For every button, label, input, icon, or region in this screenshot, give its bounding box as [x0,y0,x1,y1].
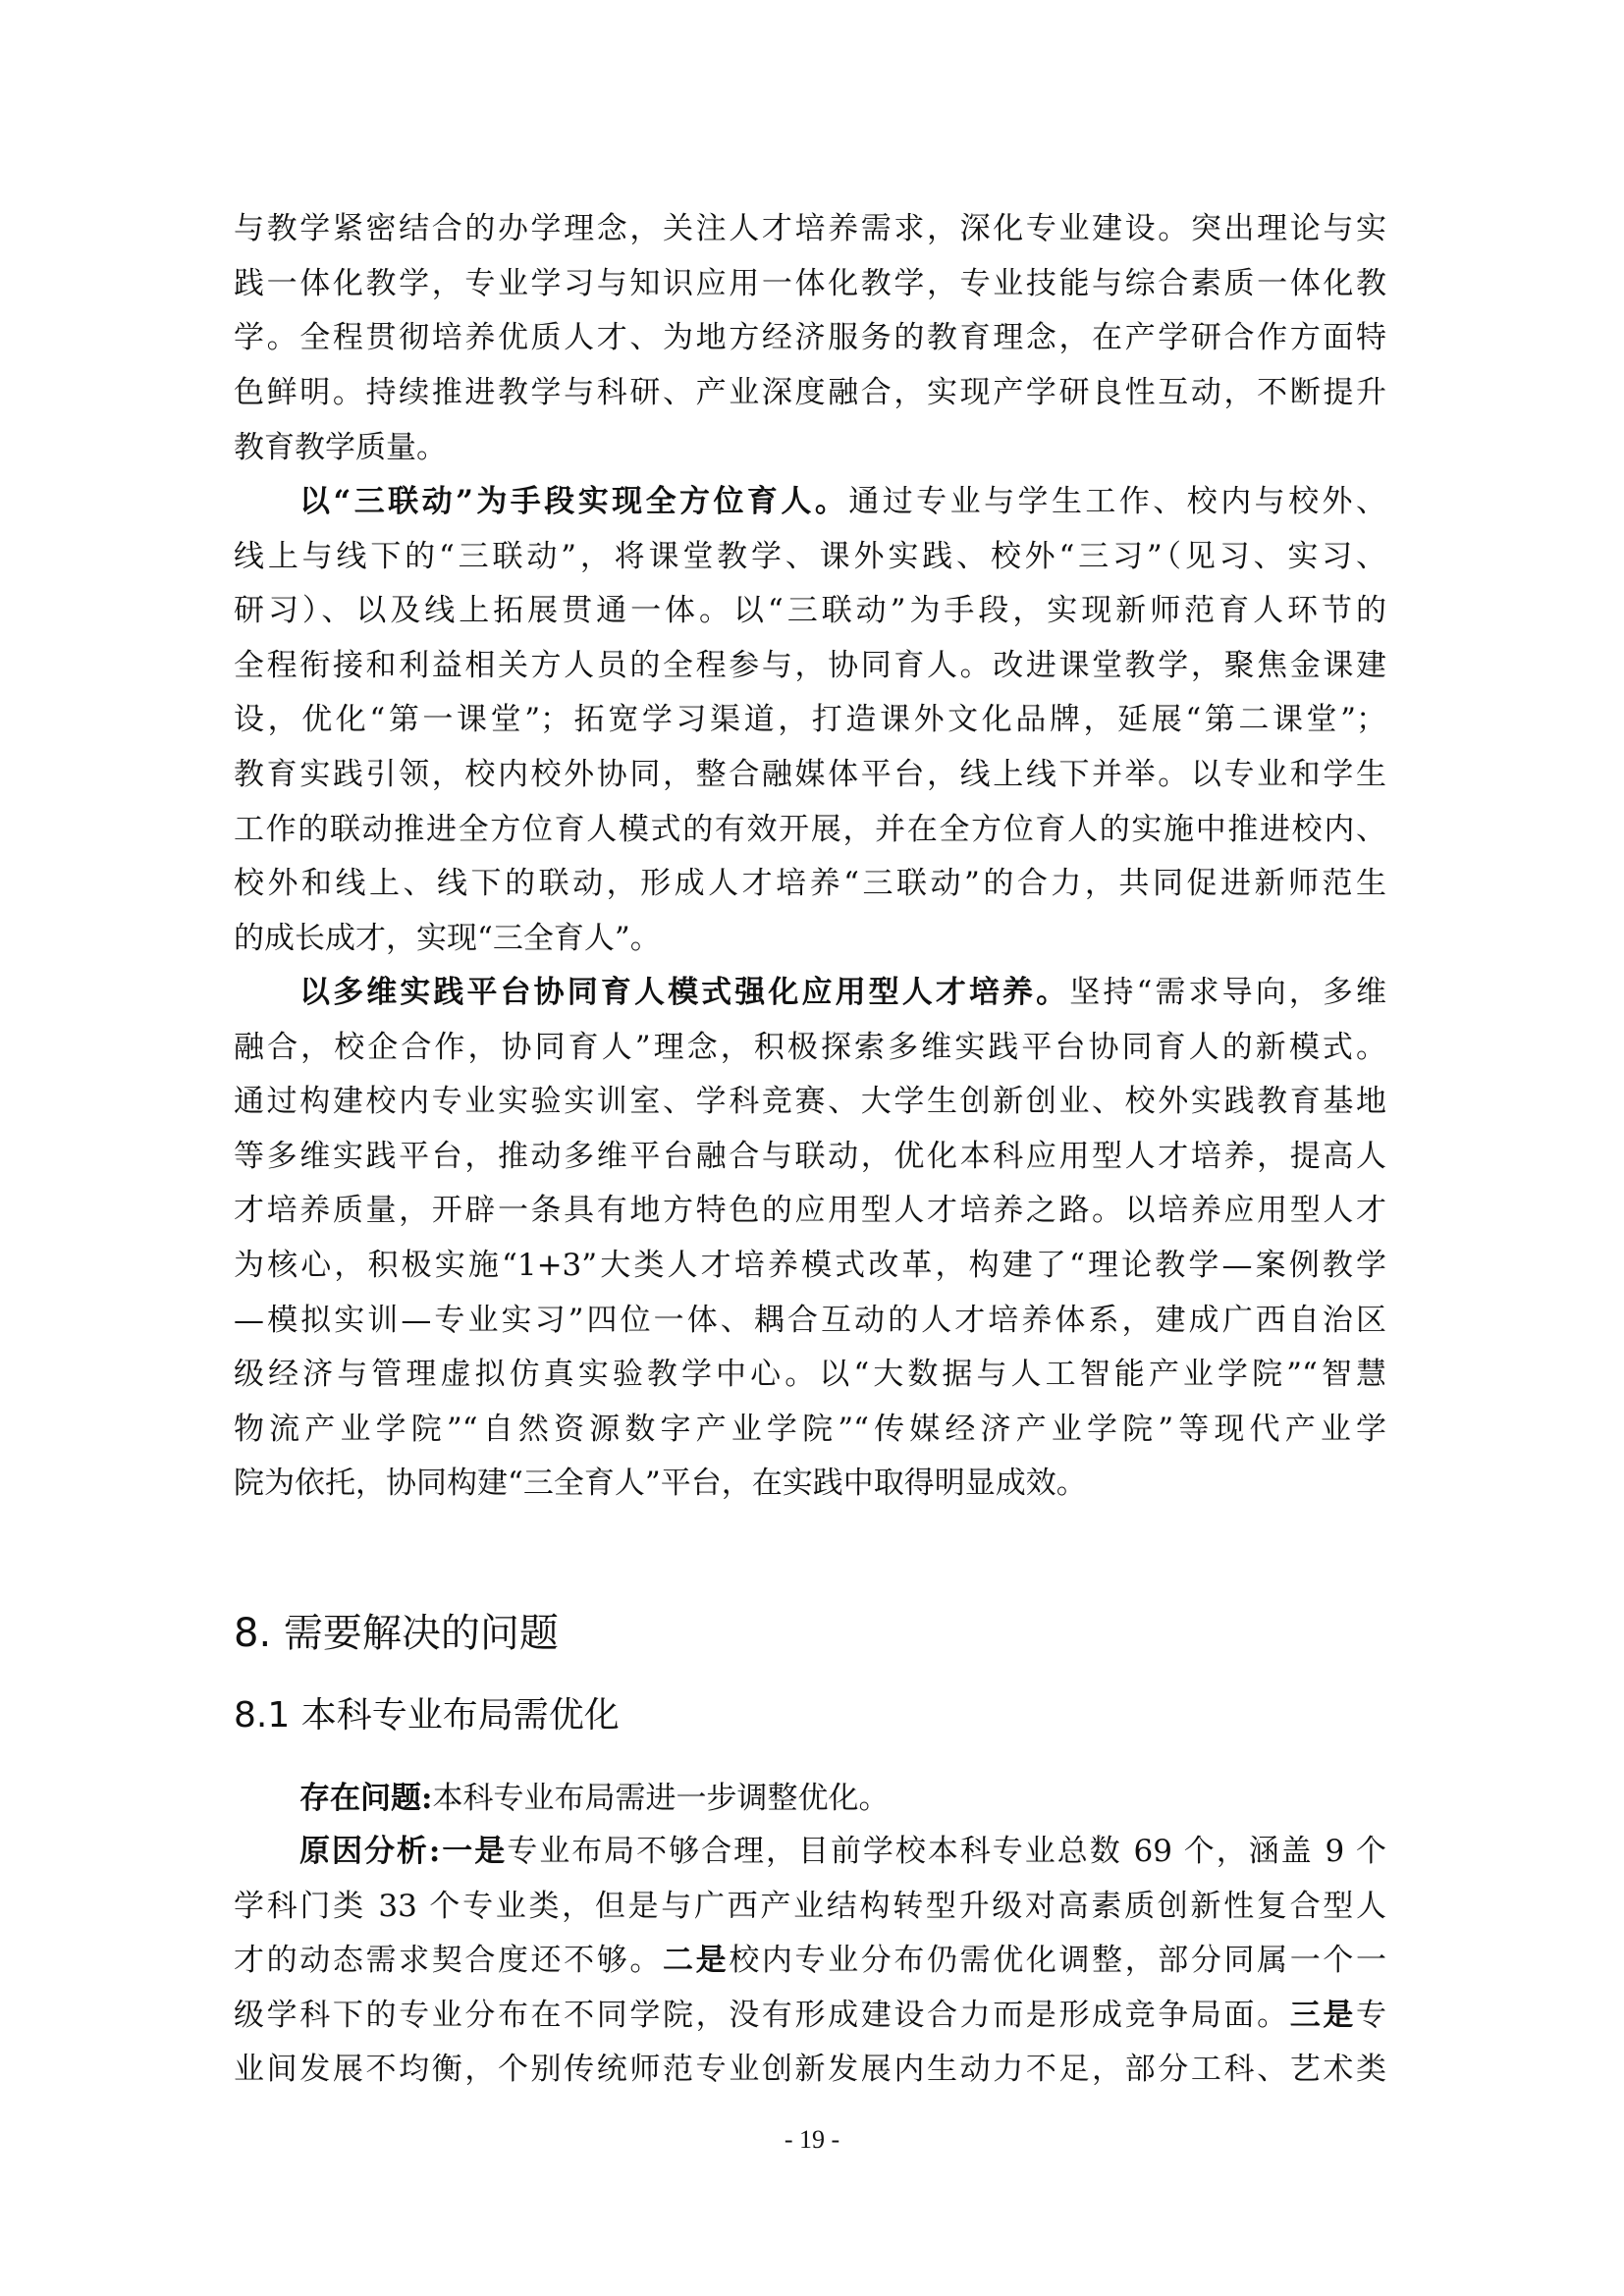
paragraph-lead-bold: 以多维实践平台协同育人模式强化应用型人才培养。 [299,975,1069,1010]
text-line: 业间发展不均衡，个别传统师范专业创新发展内生动力不足，部分工科、艺术类 [234,2050,1386,2089]
point-one-label: 一是 [440,1834,507,1869]
analysis-label: 原因分析: [299,1834,440,1869]
text-line: 践一体化教学，专业学习与知识应用一体化教学，专业技能与综合素质一体化教 [234,264,1386,303]
text-line: 院为依托，协同构建“三全育人”平台，在实践中取得明显成效。 [234,1464,1386,1503]
text-line: 学科门类 33 个专业类，但是与广西产业结构转型升级对高素质创新性复合型人 [234,1887,1386,1926]
text-line: 才的动态需求契合度还不够。二是校内专业分布仍需优化调整，部分同属一个一 [234,1941,1386,1980]
paragraph-lead-text: 通过专业与学生工作、校内与校外、 [848,484,1386,519]
text-line: 学。全程贯彻培养优质人才、为地方经济服务的教育理念，在产学研合作方面特 [234,318,1386,357]
text-line: 工作的联动推进全方位育人模式的有效开展，并在全方位育人的实施中推进校内、 [234,810,1386,849]
text-span: 才的动态需求契合度还不够。 [234,1943,663,1978]
point-two-label: 二是 [663,1943,729,1978]
document-page: 与教学紧密结合的办学理念，关注人才培养需求，深化专业建设。突出理论与实 践一体化… [0,0,1624,2296]
text-line: 全程衔接和利益相关方人员的全程参与，协同育人。改进课堂教学，聚焦金课建 [234,646,1386,685]
text-line: 通过构建校内专业实验实训室、学科竞赛、大学生创新创业、校外实践教育基地 [234,1082,1386,1121]
text-line: 以多维实践平台协同育人模式强化应用型人才培养。坚持“需求导向，多维 [299,973,1386,1012]
subsection-heading: 8.1 本科专业布局需优化 [234,1690,620,1741]
problem-label: 存在问题: [299,1781,432,1816]
text-line: 研习）、以及线上拓展贯通一体。以“三联动”为手段，实现新师范育人环节的 [234,591,1386,630]
text-line: 教育实践引领，校内校外协同，整合融媒体平台，线上线下并举。以专业和学生 [234,755,1386,794]
text-line: 物流产业学院”“自然资源数字产业学院”“传媒经济产业学院”等现代产业学 [234,1410,1386,1449]
text-line: 级学科下的专业分布在不同学院，没有形成建设合力而是形成竞争局面。三是专 [234,1996,1386,2035]
text-line: 校外和线上、线下的联动，形成人才培养“三联动”的合力，共同促进新师范生 [234,864,1386,903]
text-line: 设，优化“第一课堂”；拓宽学习渠道，打造课外文化品牌，延展“第二课堂”； [234,700,1386,739]
text-line: 级经济与管理虚拟仿真实验教学中心。以“大数据与人工智能产业学院”“智慧 [234,1355,1386,1394]
paragraph-lead-text: 坚持“需求导向，多维 [1069,975,1386,1010]
text-line: 原因分析:一是专业布局不够合理，目前学校本科专业总数 69 个，涵盖 9 个 [299,1832,1386,1871]
problem-text: 本科专业布局需进一步调整优化。 [432,1781,889,1816]
page-number: - 19 - [0,2124,1624,2156]
text-line: 线上与线下的“三联动”，将课堂教学、课外实践、校外“三习”（见习、实习、 [234,537,1386,576]
text-line: 融合，校企合作，协同育人”理念，积极探索多维实践平台协同育人的新模式。 [234,1028,1386,1067]
point-one-text: 专业布局不够合理，目前学校本科专业总数 69 个，涵盖 9 个 [507,1834,1386,1869]
text-span: 校内专业分布仍需优化调整，部分同属一个一 [729,1943,1386,1978]
paragraph-lead-bold: 以“三联动”为手段实现全方位育人。 [299,484,848,519]
text-line: 才培养质量，开辟一条具有地方特色的应用型人才培养之路。以培养应用型人才 [234,1191,1386,1230]
text-line: 存在问题:本科专业布局需进一步调整优化。 [299,1779,1386,1818]
text-line: 教育教学质量。 [234,428,1386,467]
text-span: 级学科下的专业分布在不同学院，没有形成建设合力而是形成竞争局面。 [234,1998,1290,2033]
section-heading: 8. 需要解决的问题 [234,1606,559,1661]
text-line: 的成长成才，实现“三全育人”。 [234,919,1386,958]
text-line: 与教学紧密结合的办学理念，关注人才培养需求，深化专业建设。突出理论与实 [234,209,1386,248]
text-line: 等多维实践平台，推动多维平台融合与联动，优化本科应用型人才培养，提高人 [234,1137,1386,1176]
text-line: 以“三联动”为手段实现全方位育人。通过专业与学生工作、校内与校外、 [299,482,1386,521]
text-line: 色鲜明。持续推进教学与科研、产业深度融合，实现产学研良性互动，不断提升 [234,373,1386,412]
text-span: 专 [1356,1998,1386,2033]
text-line: —模拟实训—专业实习”四位一体、耦合互动的人才培养体系，建成广西自治区 [234,1301,1386,1340]
text-line: 为核心，积极实施“1+3”大类人才培养模式改革，构建了“理论教学—案例教学 [234,1246,1386,1285]
point-three-label: 三是 [1290,1998,1356,2033]
